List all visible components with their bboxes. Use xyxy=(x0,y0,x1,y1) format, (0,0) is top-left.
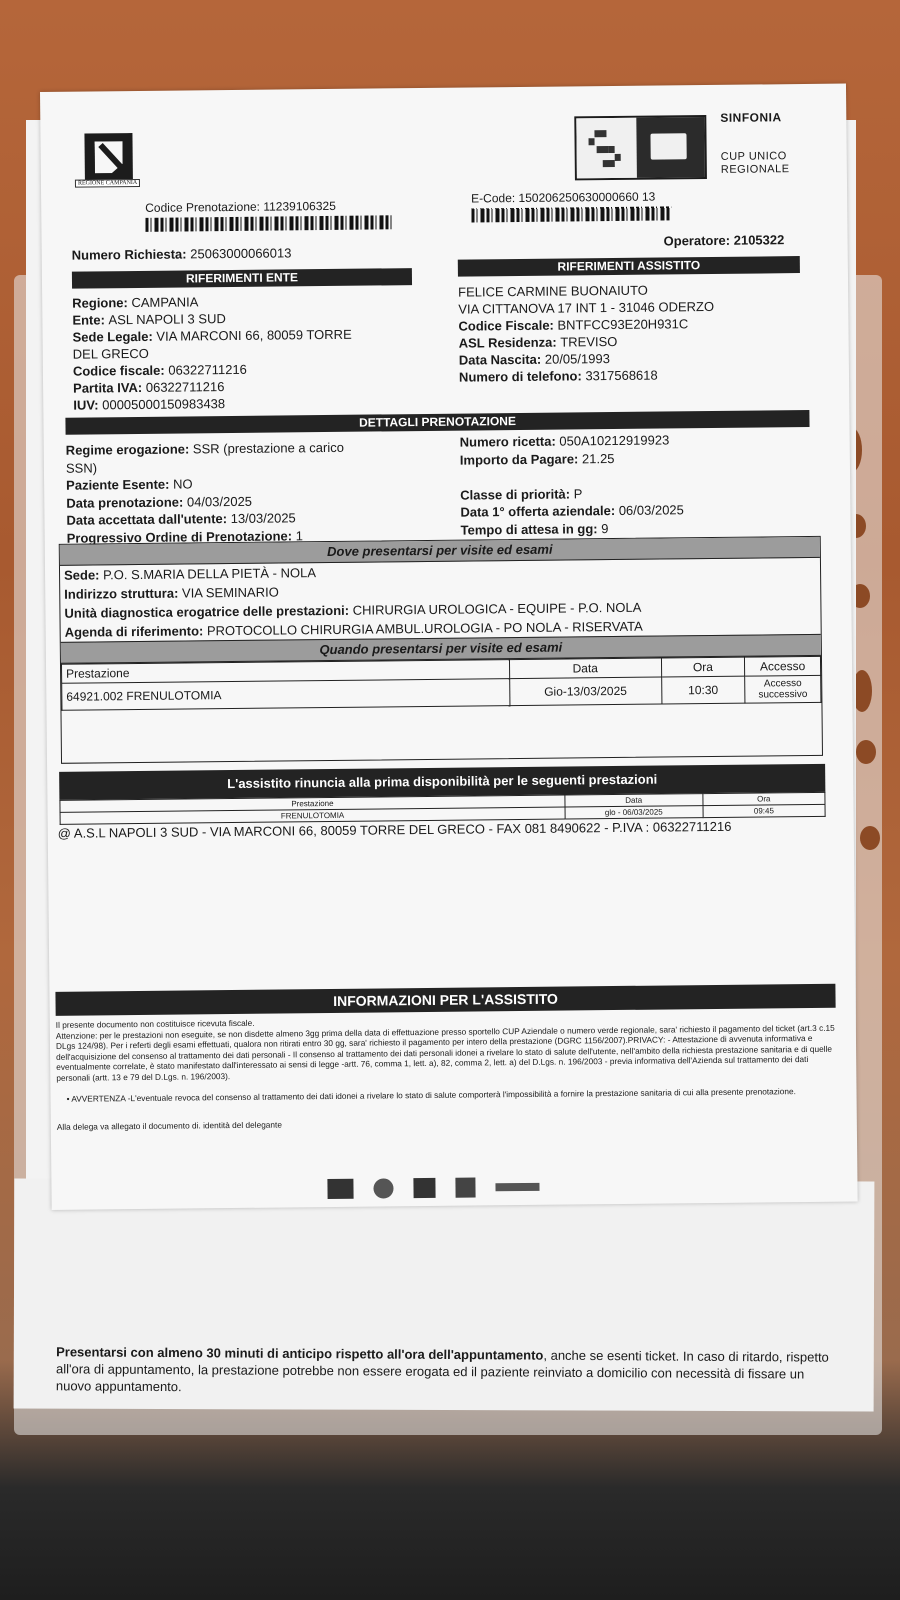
dettaglio-field: Paziente Esente: NO xyxy=(66,475,193,493)
assistito-field: ASL Residenza: TREVISO xyxy=(459,333,618,352)
calendar-icon xyxy=(650,133,686,159)
ente-field: Sede Legale: VIA MARCONI 66, 80059 TORRE xyxy=(72,326,351,346)
dove-row-value: PROTOCOLLO CHIRURGIA AMBUL.UROLOGIA - PO… xyxy=(207,619,643,639)
dettaglio-field-label: Numero ricetta: xyxy=(460,434,560,450)
ente-field-value: VIA MARCONI 66, 80059 TORRE xyxy=(156,327,351,344)
ente-field-value: 00005000150983438 xyxy=(102,396,225,412)
ente-field-value: 06322711216 xyxy=(168,362,247,378)
dove-row-label: Unità diagnostica erogatrice delle prest… xyxy=(64,603,352,621)
ente-field-label: Sede Legale: xyxy=(72,329,156,345)
eu-flag-icon xyxy=(327,1179,353,1199)
dettaglio-field-value: 21.25 xyxy=(582,451,615,466)
dettaglio-field-label: Paziente Esente: xyxy=(66,477,173,493)
ente-field: Partita IVA: 06322711216 xyxy=(73,378,224,397)
dettaglio-field: Regime erogazione: SSR (prestazione a ca… xyxy=(66,439,344,459)
rinuncia-cell-ora: 09:45 xyxy=(703,804,826,817)
fesr-icon xyxy=(455,1178,475,1198)
dettaglio-field: SSN) xyxy=(66,459,97,476)
informazioni-text: Il presente documento non costituisce ri… xyxy=(56,1012,843,1133)
operatore-label: Operatore: xyxy=(664,233,731,249)
subtitle-line-2: REGIONALE xyxy=(721,163,790,177)
numero-richiesta: Numero Richiesta: 25063000066013 xyxy=(72,245,292,262)
ecode-label: E-Code: xyxy=(471,191,515,205)
dove-quando-box: Dove presentarsi per visite ed esami Sed… xyxy=(59,536,823,764)
dettaglio-field-value: 9 xyxy=(601,521,608,536)
riferimenti-assistito-fields: Codice Fiscale: BNTFCC93E20H931CASL Resi… xyxy=(40,84,846,92)
assistito-field: Numero di telefono: 3317568618 xyxy=(459,367,658,386)
dettaglio-field-label: Classe di priorità: xyxy=(460,486,574,502)
dettaglio-field-value: P xyxy=(574,486,583,501)
ecode-value: 150206250630000660 13 xyxy=(518,190,655,205)
dettaglio-field: Data accettata dall'utente: 13/03/2025 xyxy=(66,509,295,528)
riferimenti-assistito-header: RIFERIMENTI ASSISTITO xyxy=(458,256,800,277)
assistito-field-label: Numero di telefono: xyxy=(459,368,586,384)
dettaglio-field-value: 04/03/2025 xyxy=(187,493,252,509)
dettaglio-field-value: SSR (prestazione a carico xyxy=(193,440,344,457)
quando-col-header: Ora xyxy=(661,657,745,677)
assistito-field-label: Codice Fiscale: xyxy=(458,318,557,334)
ente-field-value: 06322711216 xyxy=(146,379,225,395)
info-delega: Alla delega va allegato il documento di.… xyxy=(57,1114,843,1133)
arrival-notice: Presentarsi con almeno 30 minuti di anti… xyxy=(56,1343,836,1399)
assistito-field-value: 20/05/1993 xyxy=(545,351,610,367)
ecode: E-Code: 150206250630000660 13 xyxy=(471,190,655,206)
quando-col-header: Data xyxy=(509,658,661,679)
regione-campania-label: REGIONE CAMPANIA xyxy=(75,179,140,188)
dettaglio-field-value: 06/03/2025 xyxy=(619,502,684,518)
barcode-ecode xyxy=(471,206,671,222)
ente-field-label: Codice fiscale: xyxy=(73,363,169,379)
dettagli-left-fields: Regime erogazione: SSR (prestazione a ca… xyxy=(40,84,846,92)
footer-logos xyxy=(327,1177,539,1199)
dettaglio-field: Data prenotazione: 04/03/2025 xyxy=(66,492,252,511)
dettaglio-field-label: Data prenotazione: xyxy=(66,494,187,510)
dettaglio-field-label: Importo da Pagare: xyxy=(460,451,582,467)
quando-table: PrestazioneDataOraAccesso 64921.002 FREN… xyxy=(61,656,821,711)
dettagli-right-fields: Numero ricetta: 050A10212919923Importo d… xyxy=(40,84,846,92)
info-avvertenza: • AVVERTENZA -L'eventuale revoca del con… xyxy=(56,1085,842,1104)
ente-field: DEL GRECO xyxy=(73,345,149,363)
ente-field-value: CAMPANIA xyxy=(131,294,198,310)
dettaglio-field-value: 050A10212919923 xyxy=(559,432,669,448)
rinuncia-cell-data: glo - 06/03/2025 xyxy=(565,806,703,819)
dettaglio-field: Classe di priorità: P xyxy=(460,485,582,503)
numero-richiesta-value: 25063000066013 xyxy=(190,245,291,261)
ente-field-value: DEL GRECO xyxy=(73,346,149,362)
ente-field: Ente: ASL NAPOLI 3 SUD xyxy=(72,310,226,329)
quando-cell-accesso: Accesso successivo xyxy=(745,675,821,703)
assistito-field: Codice Fiscale: BNTFCC93E20H931C xyxy=(458,315,688,334)
dove-row-label: Sede: xyxy=(64,567,103,582)
barcode-prenotazione xyxy=(145,215,393,232)
assistito-field-value: TREVISO xyxy=(560,334,617,350)
dettaglio-field: Data 1° offerta aziendale: 06/03/2025 xyxy=(460,501,684,520)
dettaglio-field-label: Regime erogazione: xyxy=(66,441,193,457)
ente-field-label: Partita IVA: xyxy=(73,380,146,396)
ente-field: IUV: 00005000150983438 xyxy=(73,395,225,414)
sinfonia-logo-icon xyxy=(574,115,707,180)
dettaglio-field-value: SSN) xyxy=(66,460,97,475)
riferimenti-ente-fields: Regione: CAMPANIAEnte: ASL NAPOLI 3 SUDS… xyxy=(40,84,846,92)
sinfonia-title: SINFONIA xyxy=(720,110,781,125)
regione-campania-icon xyxy=(413,1178,435,1198)
ente-field-value: ASL NAPOLI 3 SUD xyxy=(108,311,225,327)
dove-row-label: Indirizzo struttura: xyxy=(64,586,182,602)
dettaglio-field: Tempo di attesa in gg: 9 xyxy=(461,520,609,539)
info-paragraph-2: Attenzione: per le prestazioni non esegu… xyxy=(56,1022,843,1083)
quando-cell-prestazione: 64921.002 FRENULOTOMIA xyxy=(62,679,510,711)
codice-prenotazione: Codice Prenotazione: 11239106325 xyxy=(145,199,336,215)
ente-field-label: Ente: xyxy=(72,312,108,327)
ente-field: Regione: CAMPANIA xyxy=(72,293,198,311)
dove-row-value: VIA SEMINARIO xyxy=(182,585,279,601)
dettagli-prenotazione-header: DETTAGLI PRENOTAZIONE xyxy=(65,410,809,435)
dettaglio-field-label: Data accettata dall'utente: xyxy=(66,511,230,528)
dove-row-label: Agenda di riferimento: xyxy=(65,623,207,639)
dettaglio-field-label: Tempo di attesa in gg: xyxy=(461,521,602,537)
riferimenti-ente-header: RIFERIMENTI ENTE xyxy=(72,268,412,289)
quando-cell-data: Gio-13/03/2025 xyxy=(509,677,661,706)
dettaglio-field-label: Data 1° offerta aziendale: xyxy=(460,503,619,520)
sinfonia-subtitle: CUP UNICO REGIONALE xyxy=(721,150,790,177)
regione-campania-logo-icon xyxy=(84,133,133,185)
assistito-name: FELICE CARMINE BUONAIUTO xyxy=(458,282,648,301)
rinuncia-section: L'assistito rinuncia alla prima disponib… xyxy=(59,764,826,825)
dettaglio-field-value: 13/03/2025 xyxy=(231,510,296,526)
codice-prenotazione-label: Codice Prenotazione: xyxy=(145,200,260,215)
quando-cell-ora: 10:30 xyxy=(661,676,745,704)
arrival-notice-bold: Presentarsi con almeno 30 minuti di anti… xyxy=(56,1344,543,1362)
ente-field-label: Regione: xyxy=(72,295,131,311)
dove-rows: Sede: P.O. S.MARIA DELLA PIETÀ - NOLAInd… xyxy=(60,558,821,642)
dove-row-value: P.O. S.MARIA DELLA PIETÀ - NOLA xyxy=(103,565,316,582)
booking-document: REGIONE CAMPANIA SINFONIA CUP UNICO REGI… xyxy=(40,84,858,1210)
assistito-field: Data Nascita: 20/05/1993 xyxy=(459,350,610,369)
informazioni-header: INFORMAZIONI PER L'ASSISTITO xyxy=(55,984,835,1016)
dove-row-value: CHIRURGIA UROLOGICA - EQUIPE - P.O. NOLA xyxy=(353,600,642,618)
subtitle-line-1: CUP UNICO xyxy=(721,150,790,164)
dettaglio-field-value: NO xyxy=(173,476,193,491)
codice-prenotazione-value: 11239106325 xyxy=(263,199,336,214)
numero-richiesta-label: Numero Richiesta: xyxy=(72,246,187,262)
assistito-field-value: BNTFCC93E20H931C xyxy=(557,316,688,332)
sinfonia-icon xyxy=(495,1183,539,1191)
ente-field-label: IUV: xyxy=(73,397,102,412)
operatore-value: 2105322 xyxy=(734,232,785,248)
italian-emblem-icon xyxy=(373,1178,393,1198)
dettaglio-field: Importo da Pagare: 21.25 xyxy=(460,450,615,469)
operatore: Operatore: 2105322 xyxy=(664,232,785,248)
assistito-field-label: ASL Residenza: xyxy=(459,335,561,351)
assistito-field-label: Data Nascita: xyxy=(459,352,545,368)
assistito-field-value: 3317568618 xyxy=(585,368,657,384)
dettaglio-field: Numero ricetta: 050A10212919923 xyxy=(460,431,670,450)
ente-field: Codice fiscale: 06322711216 xyxy=(73,361,247,380)
quando-col-header: Accesso xyxy=(745,656,821,676)
